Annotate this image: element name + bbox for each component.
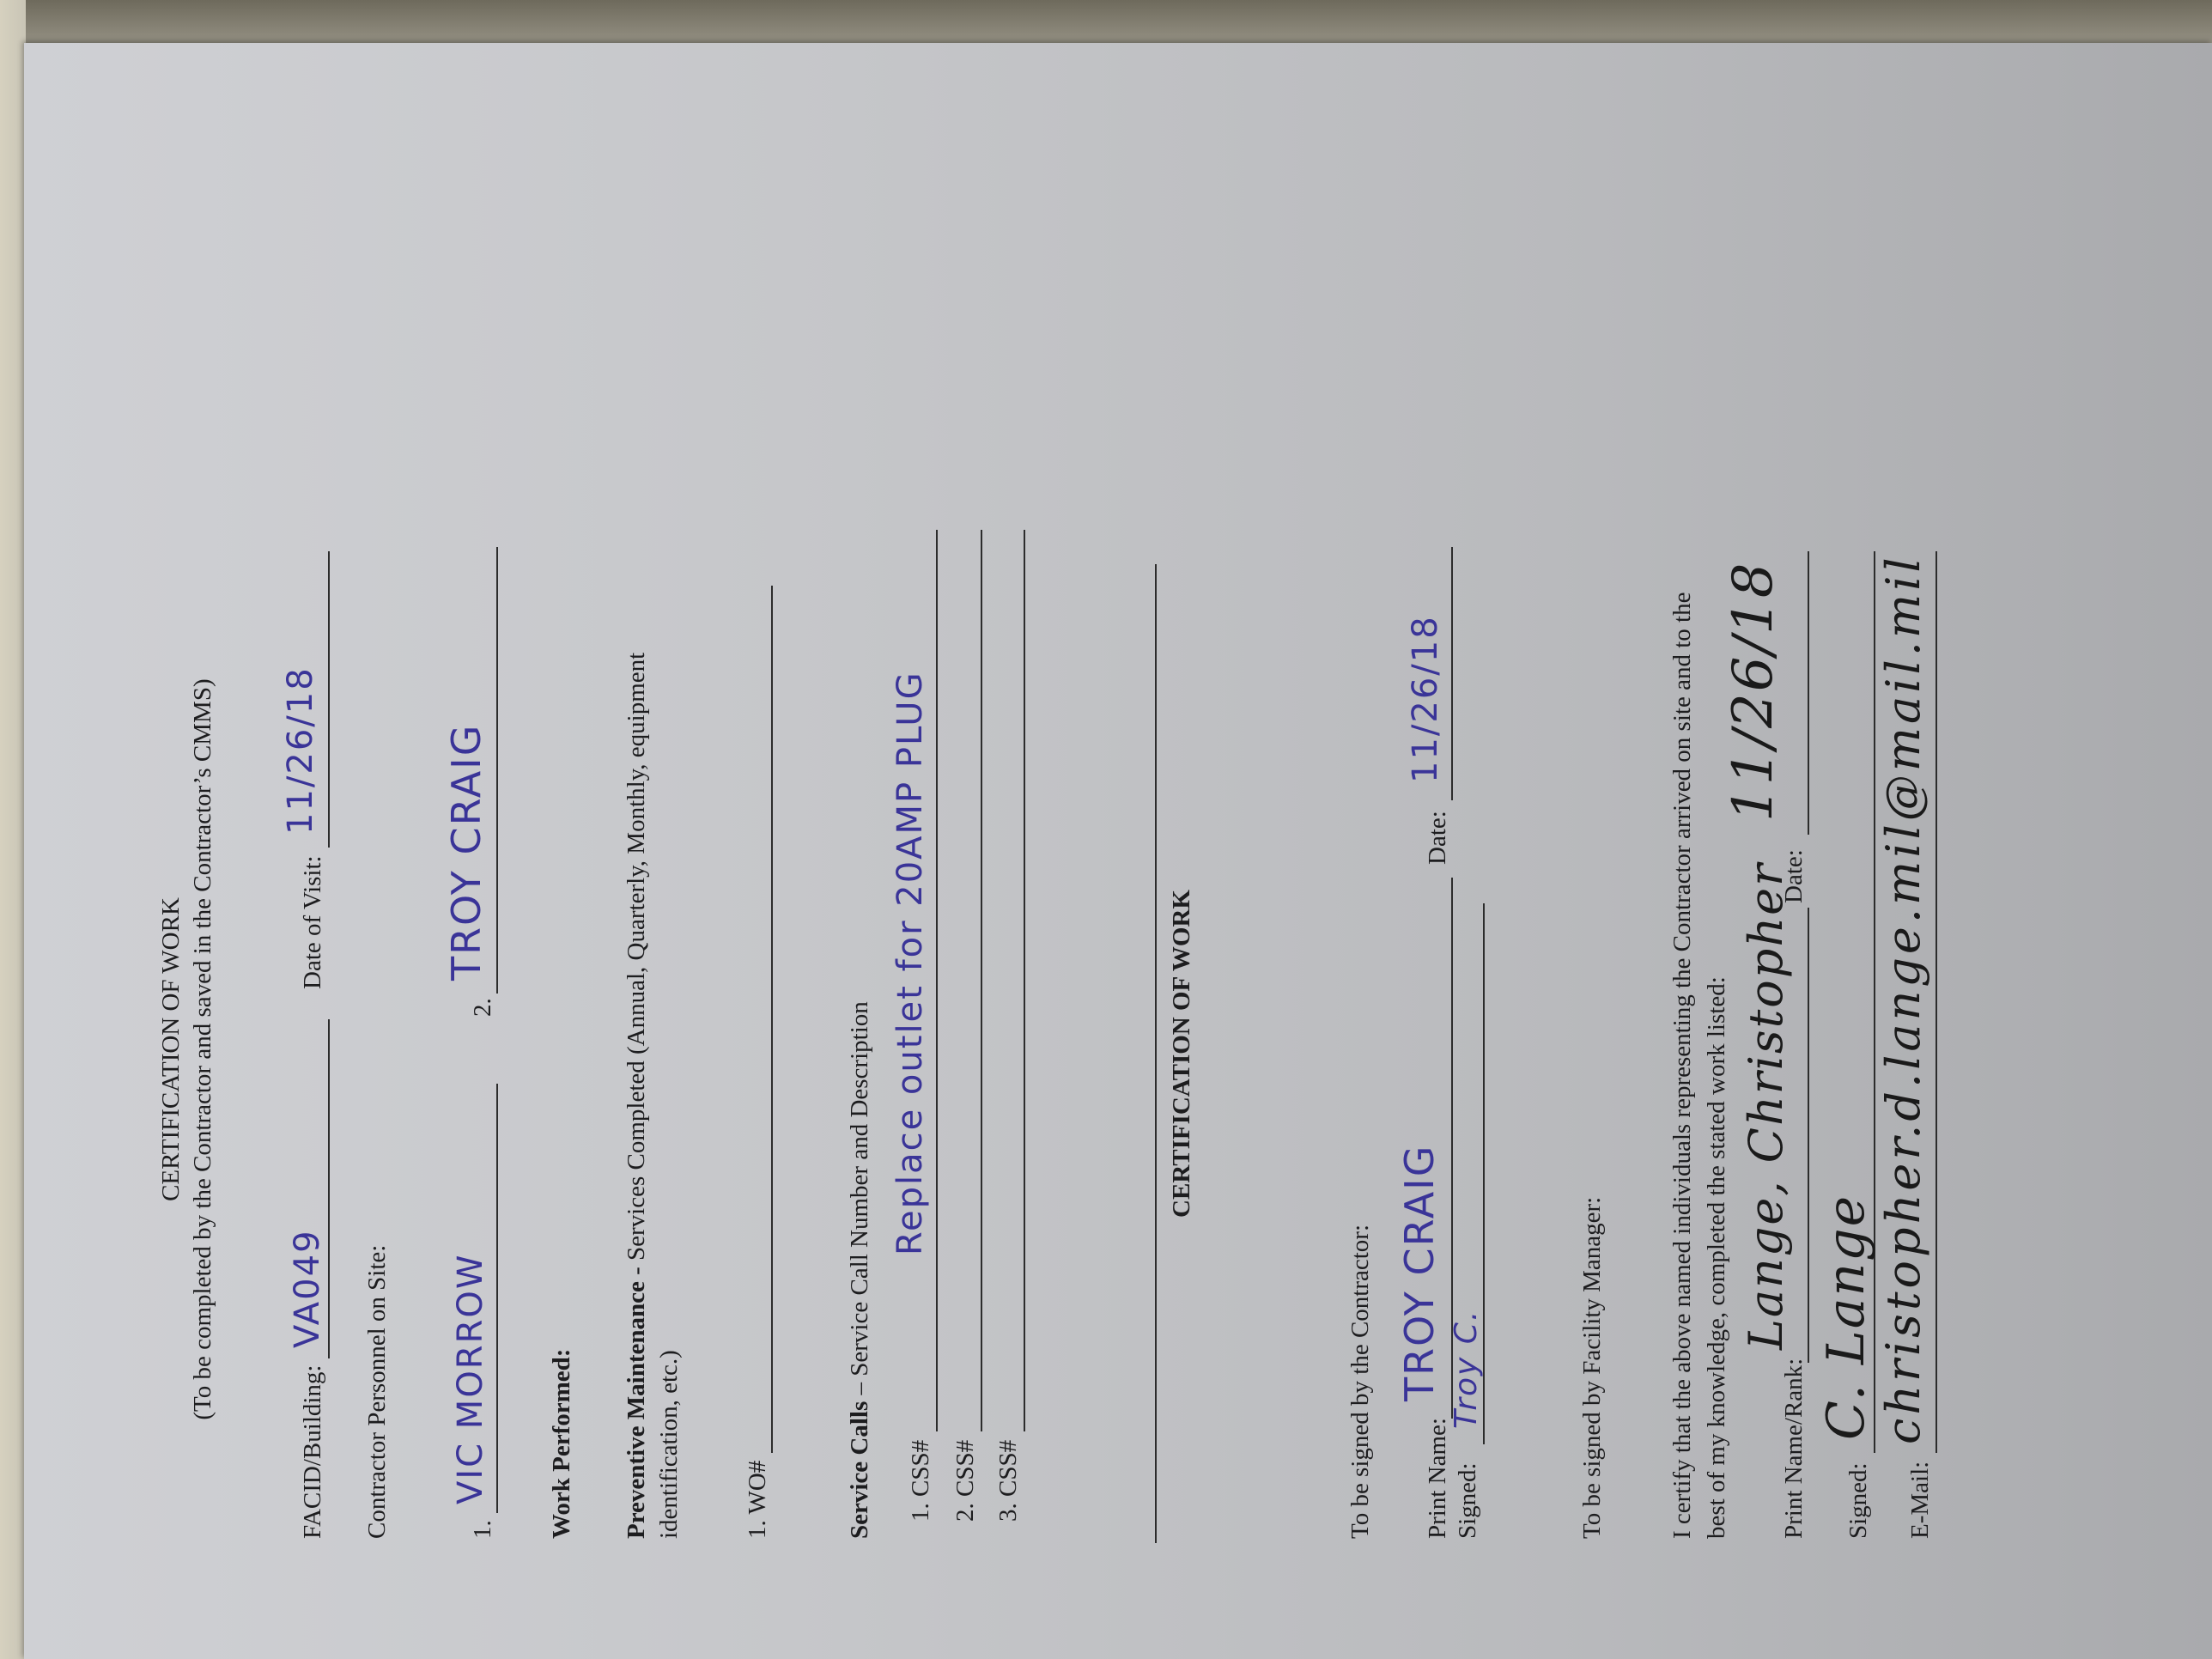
personnel-2-name[interactable]: TROY CRAIG bbox=[447, 724, 486, 981]
fm-email-label: E-Mail: bbox=[1908, 1461, 1933, 1539]
css-1-value[interactable]: Replace outlet for 20AMP PLUG bbox=[893, 671, 927, 1255]
contractor-signed-label: Signed: bbox=[1455, 1462, 1480, 1539]
facility-manager-heading: To be signed by Facility Manager: bbox=[1580, 1197, 1605, 1539]
date-of-visit-label: Date of Visit: bbox=[301, 855, 325, 989]
facid-value[interactable]: VA049 bbox=[290, 1229, 325, 1348]
contractor-date-line bbox=[1451, 547, 1453, 800]
css-2-field-line bbox=[981, 530, 982, 1431]
contractor-date-label: Date: bbox=[1425, 811, 1450, 865]
certification-heading: CERTIFICATION OF WORK bbox=[1170, 564, 1194, 1543]
work-performed-heading: Work Performed: bbox=[550, 1349, 574, 1539]
facid-label: FACID/Building: bbox=[301, 1365, 325, 1540]
fm-email-value[interactable]: christopher.d.lange.mil@mail.mil bbox=[1881, 554, 1927, 1444]
paper-sheet: CERTIFICATION OF WORK (To be completed b… bbox=[24, 43, 2212, 1659]
fm-signed-label: Signed: bbox=[1846, 1462, 1871, 1539]
fm-signature[interactable]: C. Lange bbox=[1820, 1194, 1872, 1440]
date-of-visit-value[interactable]: 11/26/18 bbox=[283, 666, 318, 835]
facid-field-line bbox=[328, 1019, 330, 1358]
contractor-print-name-label: Print Name: bbox=[1425, 1418, 1450, 1539]
pm-text-line2: identification, etc.) bbox=[657, 1350, 682, 1539]
contractor-print-name-value[interactable]: TROY CRAIG bbox=[1400, 1145, 1439, 1401]
personnel-label: Contractor Personnel on Site: bbox=[365, 1245, 390, 1539]
service-calls-text: – Service Call Number and Description bbox=[846, 1001, 873, 1401]
form-subtitle: (To be completed by the Contractor and s… bbox=[191, 560, 216, 1539]
certify-statement-line2: best of my knowledge, completed the stat… bbox=[1705, 976, 1729, 1539]
service-calls-bold-label: Service Calls bbox=[846, 1401, 873, 1539]
css-1-label: 1. CSS# bbox=[908, 1440, 933, 1522]
fm-date-label: Date: bbox=[1782, 849, 1807, 903]
contractor-heading: To be signed by the Contractor: bbox=[1348, 1224, 1373, 1539]
fm-date-value[interactable]: 11/26/18 bbox=[1726, 562, 1781, 822]
pm-description: Preventive Maintenance - Services Comple… bbox=[623, 653, 651, 1539]
css-3-field-line bbox=[1024, 530, 1025, 1431]
contractor-date-value[interactable]: 11/26/18 bbox=[1408, 615, 1443, 783]
fm-print-name-value[interactable]: Lange, Christopher bbox=[1743, 862, 1790, 1350]
fm-print-name-line bbox=[1808, 908, 1809, 1363]
fm-email-line bbox=[1935, 551, 1937, 1453]
wo-field-line bbox=[771, 586, 773, 1453]
wo-label: 1. WO# bbox=[745, 1461, 770, 1539]
fm-print-name-label: Print Name/Rank: bbox=[1782, 1358, 1807, 1539]
service-calls-heading: Service Calls – Service Call Number and … bbox=[846, 1001, 874, 1539]
certify-statement-line1: I certify that the above named individua… bbox=[1670, 592, 1695, 1539]
fm-date-line bbox=[1808, 551, 1809, 835]
certification-divider bbox=[1155, 564, 1157, 1543]
css-1-field-line bbox=[936, 530, 938, 1431]
css-3-label: 3. CSS# bbox=[996, 1440, 1021, 1522]
personnel-2-field-line bbox=[496, 547, 498, 994]
css-2-label: 2. CSS# bbox=[953, 1440, 978, 1522]
personnel-1-name[interactable]: VIC MORROW bbox=[453, 1254, 488, 1504]
personnel-1-number: 1. bbox=[471, 1520, 495, 1539]
personnel-2-number: 2. bbox=[471, 998, 495, 1017]
pm-bold-label: Preventive Maintenance bbox=[623, 1281, 650, 1539]
date-of-visit-field-line bbox=[328, 551, 330, 848]
contractor-signature[interactable]: Troy C. bbox=[1451, 1310, 1482, 1429]
form-title: CERTIFICATION OF WORK bbox=[159, 560, 184, 1539]
personnel-1-field-line bbox=[496, 1084, 498, 1513]
form-page: CERTIFICATION OF WORK (To be completed b… bbox=[0, 0, 2212, 1659]
pm-text: - Services Completed (Annual, Quarterly,… bbox=[623, 653, 650, 1281]
